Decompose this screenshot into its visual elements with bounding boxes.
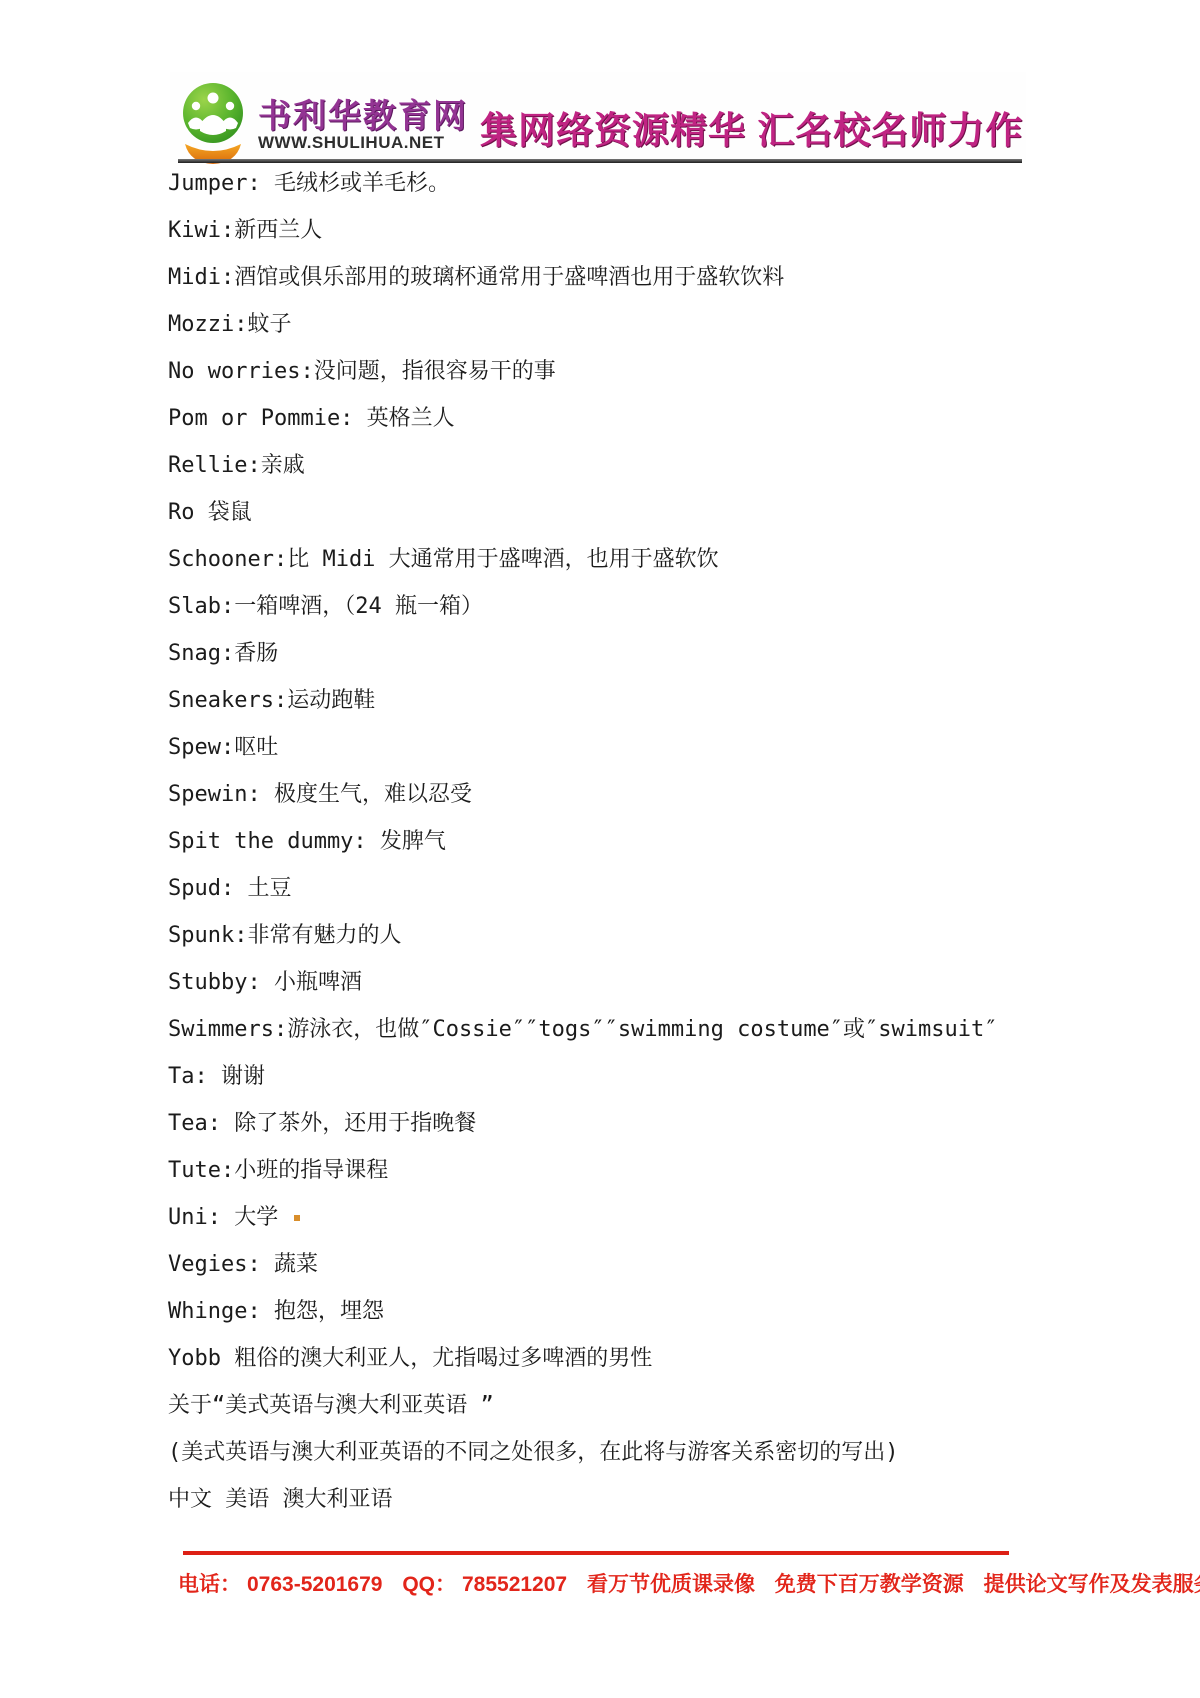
term-line: Sneakers:运动跑鞋 [168,687,1098,714]
term-line: Yobb 粗俗的澳大利亚人，尤指喝过多啤酒的男性 [168,1345,1098,1372]
term-line: Tea: 除了茶外，还用于指晚餐 [168,1110,1098,1137]
term-line: Jumper: 毛绒杉或羊毛杉。 [168,170,1098,197]
term-line: (美式英语与澳大利亚英语的不同之处很多，在此将与游客关系密切的写出) [168,1439,1098,1466]
phone-label: 电话： [178,1573,241,1596]
term-line: Spit the dummy: 发脾气 [168,828,1098,855]
term-line: Whinge: 抱怨，埋怨 [168,1298,1098,1325]
promo-text-1: 看万节优质课录像 [587,1573,755,1596]
phone-number: 0763-5201679 [247,1573,382,1596]
term-line: Rellie:亲戚 [168,452,1098,479]
promo-text-3: 提供论文写作及发表服务 [984,1573,1200,1596]
term-line: No worries:没问题，指很容易干的事 [168,358,1098,385]
term-line: Vegies: 蔬菜 [168,1251,1098,1278]
header-divider [178,159,1022,163]
site-url: WWW.SHULIHUA.NET [258,133,444,153]
term-line: Schooner:比 Midi 大通常用于盛啤酒，也用于盛软饮 [168,546,1098,573]
term-line: Uni: 大学 [168,1204,1098,1231]
term-line: Snag:香肠 [168,640,1098,667]
footer-divider [183,1551,1009,1555]
promo-text-2: 免费下百万教学资源 [775,1573,964,1596]
term-line: 中文 美语 澳大利亚语 [168,1486,1098,1513]
term-line: Spud: 土豆 [168,875,1098,902]
term-line: Midi:酒馆或俱乐部用的玻璃杯通常用于盛啤酒也用于盛软饮料 [168,264,1098,291]
term-line: Swimmers:游泳衣，也做″Cossie″″togs″″swimming c… [168,1016,1098,1043]
term-line: Spew:呕吐 [168,734,1098,761]
term-line: Ta: 谢谢 [168,1063,1098,1090]
terms-list: Jumper: 毛绒杉或羊毛杉。Kiwi:新西兰人Midi:酒馆或俱乐部用的玻璃… [168,170,1098,1533]
site-brand-name: 书利华教育网 [258,90,468,137]
term-line: Ro 袋鼠 [168,499,1098,526]
spellcheck-dot [294,1215,300,1221]
footer-contact-line: 电话：0763-5201679 QQ：785521207 看万节优质课录像 免费… [178,1568,1030,1598]
site-header: 书利华教育网 WWW.SHULIHUA.NET 集网络资源精华 汇名校名师力作 [170,72,1026,162]
people-globe-icon [182,82,248,166]
term-line: Tute:小班的指导课程 [168,1157,1098,1184]
term-line: Spunk:非常有魅力的人 [168,922,1098,949]
site-slogan: 集网络资源精华 汇名校名师力作 [480,100,1023,154]
document-page: 书利华教育网 WWW.SHULIHUA.NET 集网络资源精华 汇名校名师力作 … [0,0,1200,1698]
term-line: Pom or Pommie: 英格兰人 [168,405,1098,432]
qq-label: QQ： [402,1573,456,1596]
qq-number: 785521207 [462,1573,567,1596]
term-line: Kiwi:新西兰人 [168,217,1098,244]
term-line: Mozzi:蚊子 [168,311,1098,338]
term-line: Spewin: 极度生气，难以忍受 [168,781,1098,808]
term-line: 关于“美式英语与澳大利亚英语 ” [168,1392,1098,1419]
term-line: Stubby: 小瓶啤酒 [168,969,1098,996]
term-line: Slab:一箱啤酒，（24 瓶一箱） [168,593,1098,620]
